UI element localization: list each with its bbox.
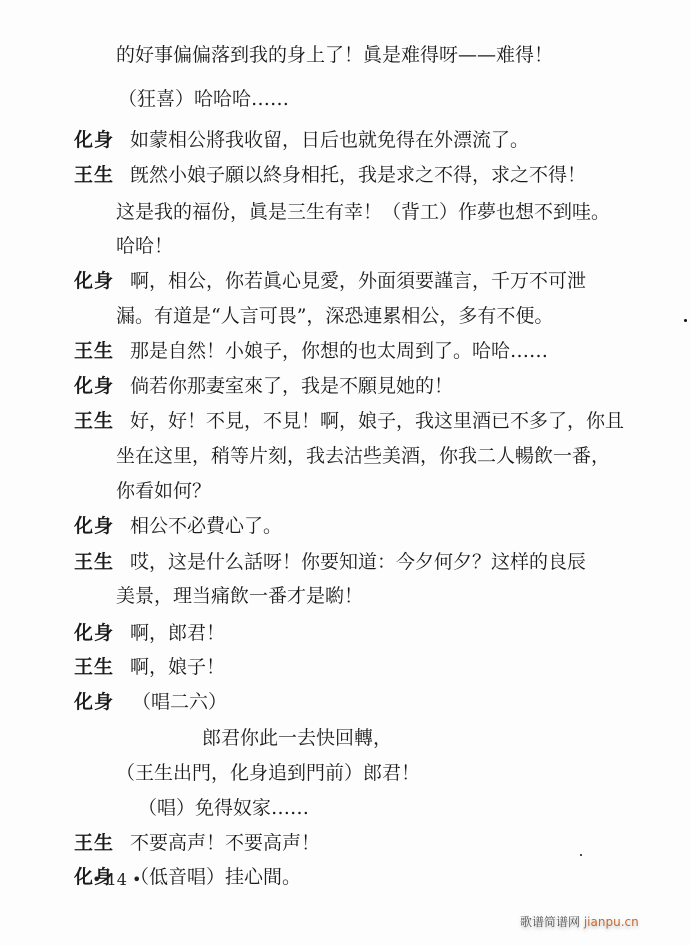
dialogue-line: 好，好！不見，不見！啊，娘子，我这里酒已不多了，你且 xyxy=(130,409,624,433)
site-watermark: 歌谱简谱网 jianpu.cn xyxy=(520,912,639,932)
dialogue-line: 啊，娘子！ xyxy=(130,655,225,679)
page-number: • 14 • xyxy=(92,870,141,890)
dialogue-continuation: 这是我的福份，眞是三生有幸！（背工）作夢也想不到哇。 xyxy=(116,200,610,224)
dialogue-line: 如蒙相公將我收留，日后也就免得在外漂流了。 xyxy=(130,128,529,152)
scan-speck xyxy=(684,319,687,322)
dialogue-line: 倘若你那妻室來了，我是不願見她的！ xyxy=(130,374,453,398)
dialogue-line: 旣然小娘子願以終身相托，我是求之不得，求之不得！ xyxy=(130,163,586,187)
dialogue-continuation: 的好事偏偏落到我的身上了！眞是难得呀——难得！ xyxy=(116,43,553,67)
dialogue-continuation: 美景，理当痛飲一番才是喲！ xyxy=(116,584,363,608)
scan-speck xyxy=(580,854,582,856)
watermark-url: jianpu.cn xyxy=(584,915,639,929)
speaker-label: 王生 xyxy=(74,163,114,187)
watermark-site-name: 歌谱简谱网 xyxy=(520,915,580,929)
speaker-label: 王生 xyxy=(74,655,114,679)
dialogue-continuation: 哈哈！ xyxy=(116,234,173,258)
dialogue-line: 啊，相公，你若眞心見愛，外面須要謹言，千万不可泄 xyxy=(130,269,586,293)
speaker-label: 化身 xyxy=(74,128,114,152)
speaker-label: 化身 xyxy=(74,690,114,714)
dialogue-continuation: 漏。有道是“人言可畏”，深恐連累相公，多有不便。 xyxy=(116,304,553,328)
speaker-label: 化身 xyxy=(74,514,114,538)
dialogue-continuation: 你看如何？ xyxy=(116,479,211,503)
singing-direction: （唱二六） xyxy=(132,690,227,714)
dialogue-line: 啊，郎君！ xyxy=(130,621,225,645)
dialogue-continuation: 坐在这里，稍等片刻，我去沽些美酒，你我二人暢飲一番， xyxy=(116,444,610,468)
speaker-label: 王生 xyxy=(74,550,114,574)
dialogue-line: 相公不必費心了。 xyxy=(130,514,282,538)
script-page: 的好事偏偏落到我的身上了！眞是难得呀——难得！ （狂喜）哈哈哈…… 化身 如蒙相… xyxy=(0,0,690,945)
speaker-label: 王生 xyxy=(74,831,114,855)
stage-direction: （狂喜）哈哈哈…… xyxy=(118,87,289,111)
speaker-label: 化身 xyxy=(74,621,114,645)
speaker-label: 王生 xyxy=(74,339,114,363)
speaker-label: 王生 xyxy=(74,409,114,433)
verse-line: 郎君你此一去快回轉， xyxy=(202,726,392,750)
dialogue-line: 那是自然！小娘子，你想的也太周到了。哈哈…… xyxy=(130,339,548,363)
scan-speck xyxy=(583,210,585,212)
dialogue-line: 不要高声！不要高声！ xyxy=(130,831,320,855)
dialogue-line: （低音唱）挂心間。 xyxy=(130,865,301,889)
speaker-label: 化身 xyxy=(74,269,114,293)
dialogue-line: 哎，这是什么話呀！你要知道：今夕何夕？这样的良辰 xyxy=(130,550,586,574)
singing-direction: （唱）免得奴家…… xyxy=(138,796,309,820)
speaker-label: 化身 xyxy=(74,374,114,398)
stage-direction: （王生出門，化身追到門前）郎君！ xyxy=(116,761,420,785)
